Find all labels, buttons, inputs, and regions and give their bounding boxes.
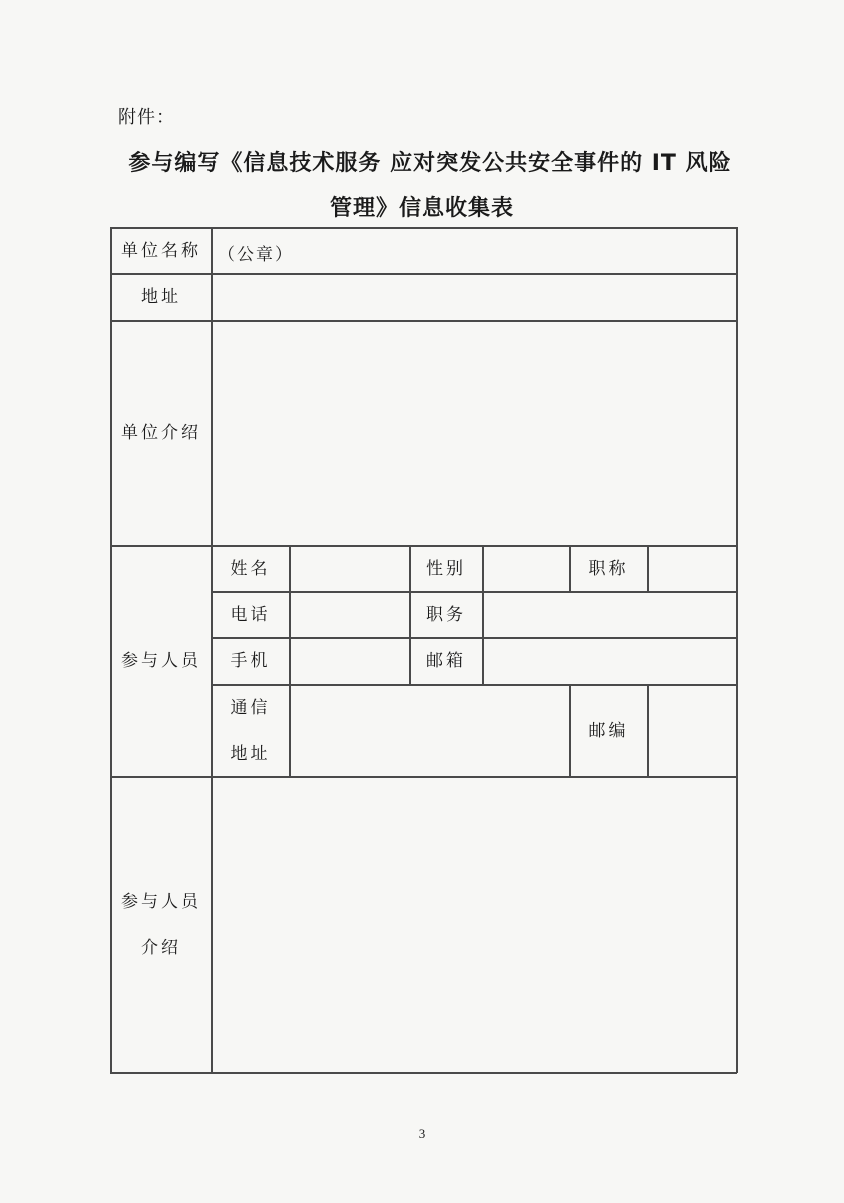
postcode-label: 邮编 [570, 685, 647, 776]
phone-field[interactable] [290, 592, 409, 637]
participant-intro-label-line2: 介绍 [141, 925, 181, 971]
email-label: 邮箱 [410, 638, 482, 684]
position-label: 职务 [410, 592, 482, 637]
unit-name-field[interactable] [212, 228, 736, 273]
attachment-label: 附件： [118, 103, 175, 129]
participants-label: 参与人员 [111, 546, 211, 776]
mobile-field[interactable] [290, 638, 409, 684]
unit-intro-field[interactable] [212, 321, 736, 545]
participant-intro-label: 参与人员 介绍 [111, 777, 211, 1072]
address-field[interactable] [212, 274, 736, 320]
email-field[interactable] [483, 638, 736, 684]
phone-label: 电话 [212, 592, 289, 637]
title-label: 职称 [570, 546, 647, 591]
participant-intro-field[interactable] [212, 777, 736, 1072]
form-title-line1: 参与编写《信息技术服务 应对突发公共安全事件的 IT 风险 [8, 146, 844, 177]
mobile-label: 手机 [212, 638, 289, 684]
form-title-line2: 管理》信息收集表 [0, 191, 844, 222]
table-border-bottom [110, 1072, 737, 1074]
position-field[interactable] [483, 592, 736, 637]
gender-label: 性别 [410, 546, 482, 591]
mail-address-label-line1: 通信 [231, 685, 271, 731]
mail-address-label-line2: 地址 [231, 731, 271, 777]
table-border-right [736, 227, 738, 1073]
mail-address-field[interactable] [290, 685, 569, 776]
address-label: 地址 [111, 274, 211, 320]
participant-intro-label-line1: 参与人员 [121, 879, 201, 925]
mail-address-label: 通信 地址 [212, 685, 289, 776]
unit-intro-label: 单位介绍 [111, 321, 211, 545]
postcode-field[interactable] [648, 685, 736, 776]
page-number: 3 [0, 1126, 844, 1142]
unit-name-label: 单位名称 [111, 228, 211, 273]
name-label: 姓名 [212, 546, 289, 591]
gender-field[interactable] [483, 546, 569, 591]
name-field[interactable] [290, 546, 409, 591]
title-field[interactable] [648, 546, 736, 591]
